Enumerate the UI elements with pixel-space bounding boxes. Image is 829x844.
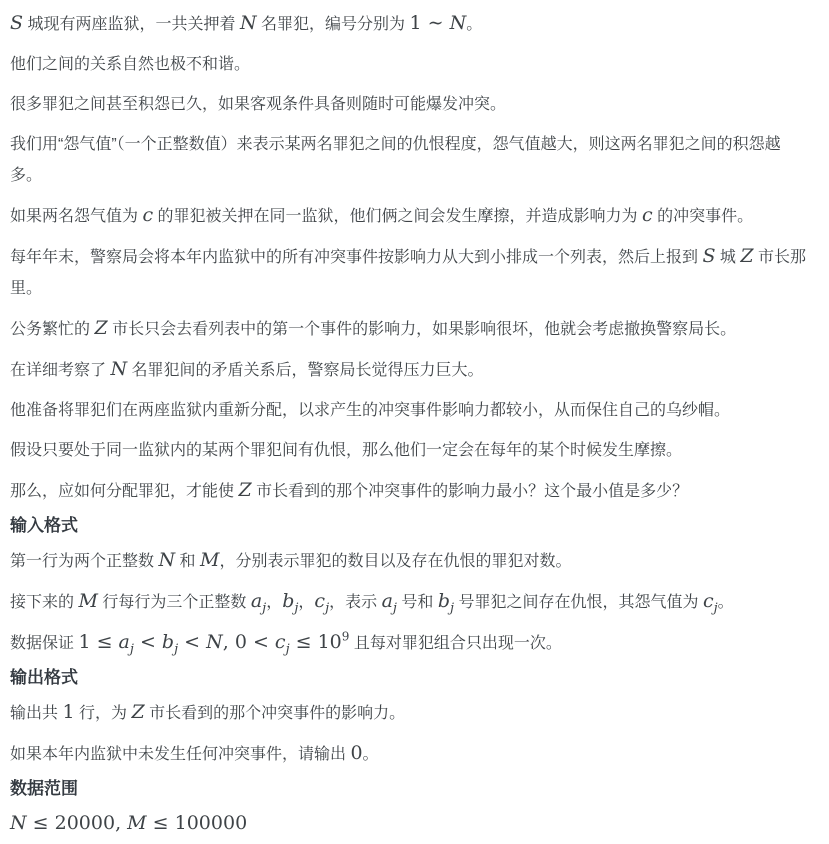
math-expression: N [110, 358, 127, 380]
text-run: 每年年末，警察局会将本年内监狱中的所有冲突事件按影响力从大到小排成一个列表，然后… [10, 249, 702, 266]
text-run: 数据保证 [10, 635, 78, 652]
math-expression: aj [251, 590, 266, 612]
text-run: 他们之间的关系自然也极不和谐。 [10, 56, 250, 73]
math-expression: bj [438, 590, 454, 612]
text-line: 很多罪犯之间甚至积怨已久，如果客观条件具备则随时可能爆发冲突。 [10, 89, 823, 120]
math-expression: N [158, 549, 175, 571]
para-grudge-value: 我们用“怨气值”（一个正整数值）来表示某两名罪犯之间的仇恨程度，怨气值越大，则这… [10, 129, 823, 191]
text-line: 如果两名怨气值为 c 的罪犯被关押在同一监狱，他们俩之间会发生摩擦，并造成影响力… [10, 200, 823, 232]
text-line: 每年年末，警察局会将本年内监狱中的所有冲突事件按影响力从大到小排成一个列表，然后… [10, 241, 823, 273]
heading-output-format: 输出格式 [10, 668, 823, 688]
text-run: 。 [363, 746, 379, 763]
math-variable: N [206, 631, 223, 653]
math-variable: M [200, 549, 219, 571]
math-expression: Z [94, 317, 107, 339]
math-expression: M [200, 549, 219, 571]
para-relations: 他们之间的关系自然也极不和谐。 [10, 49, 823, 80]
math-variable: c [642, 204, 653, 226]
para-intro-prisons: S 城现有两座监狱，一共关押着 N 名罪犯，编号分别为 1 ∼ N。 [10, 8, 823, 40]
math-expression: N [240, 12, 257, 34]
text-run: 输出共 [10, 705, 62, 722]
math-expression: cj [703, 590, 718, 612]
math-number: 1 ∼ [409, 12, 449, 34]
text-run: 和 [175, 553, 200, 570]
text-run: 他准备将罪犯们在两座监狱内重新分配，以求产生的冲突事件影响力都较小，从而保住自己… [10, 402, 730, 419]
text-line: 我们用“怨气值”（一个正整数值）来表示某两名罪犯之间的仇恨程度，怨气值越大，则这… [10, 129, 823, 160]
text-run: 号罪犯之间存在仇恨，其怨气值为 [454, 594, 703, 611]
text-run: 市长那 [754, 249, 806, 266]
math-expression: N ≤ 20000, M ≤ 100000 [10, 812, 247, 834]
math-variable: c [142, 204, 153, 226]
heading-input-format: 输入格式 [10, 516, 823, 536]
text-run: 城 [715, 249, 740, 266]
text-run: 公务繁忙的 [10, 321, 94, 338]
para-constraints: 数据保证 1 ≤ aj < bj < N, 0 < cj ≤ 109 且每对罪犯… [10, 627, 823, 659]
text-line: 他们之间的关系自然也极不和谐。 [10, 49, 823, 80]
math-variable: c [275, 631, 286, 653]
math-expression: S [702, 245, 715, 267]
para-redistribute: 他准备将罪犯们在两座监狱内重新分配，以求产生的冲突事件影响力都较小，从而保住自己… [10, 395, 823, 426]
math-variable: N [450, 12, 467, 34]
text-run: 。 [718, 594, 734, 611]
text-line: 里。 [10, 273, 823, 304]
para-busy-mayor: 公务繁忙的 Z 市长只会去看列表中的第一个事件的影响力，如果影响很坏，他就会考虑… [10, 313, 823, 345]
para-chief-pressure: 在详细考察了 N 名罪犯间的矛盾关系后，警察局长觉得压力巨大。 [10, 354, 823, 386]
text-line: 如果本年内监狱中未发生任何冲突事件，请输出 0。 [10, 738, 823, 770]
math-number: , 0 < [223, 631, 275, 653]
math-variable: a [119, 631, 130, 653]
text-run: 且每对罪犯组合只出现一次。 [349, 635, 561, 652]
math-number: 1 [62, 701, 74, 723]
math-number: ≤ 10 [290, 631, 342, 653]
text-run: 。 [466, 16, 482, 33]
text-line: 数据保证 1 ≤ aj < bj < N, 0 < cj ≤ 109 且每对罪犯… [10, 627, 823, 659]
math-variable: c [703, 590, 714, 612]
math-variable: a [251, 590, 262, 612]
math-expression: Z [740, 245, 753, 267]
text-run: 很多罪犯之间甚至积怨已久，如果客观条件具备则随时可能爆发冲突。 [10, 96, 506, 113]
math-expression: Z [238, 479, 251, 501]
para-input-m-lines: 接下来的 M 行每行为三个正整数 aj，bj，cj，表示 aj 号和 bj 号罪… [10, 586, 823, 618]
math-expression: M [78, 590, 97, 612]
text-run: 在详细考察了 [10, 362, 110, 379]
math-number: 0 [350, 742, 362, 764]
math-variable: N [110, 358, 127, 380]
text-run: 我们用“怨气值”（一个正整数值）来表示某两名罪犯之间的仇恨程度，怨气值越大，则这… [10, 136, 781, 153]
text-run: 的冲突事件。 [653, 208, 753, 225]
math-expression: Z [131, 701, 144, 723]
para-output-zero: 如果本年内监狱中未发生任何冲突事件，请输出 0。 [10, 738, 823, 770]
text-line: 在详细考察了 N 名罪犯间的矛盾关系后，警察局长觉得压力巨大。 [10, 354, 823, 386]
text-run: ， [266, 594, 282, 611]
text-run: 的罪犯被关押在同一监狱，他们俩之间会发生摩擦，并造成影响力为 [153, 208, 642, 225]
para-friction-event: 如果两名怨气值为 c 的罪犯被关押在同一监狱，他们俩之间会发生摩擦，并造成影响力… [10, 200, 823, 232]
text-line: 第一行为两个正整数 N 和 M，分别表示罪犯的数目以及存在仇恨的罪犯对数。 [10, 545, 823, 577]
text-run: ，表示 [329, 594, 381, 611]
math-expression: aj [382, 590, 397, 612]
para-input-first-line: 第一行为两个正整数 N 和 M，分别表示罪犯的数目以及存在仇恨的罪犯对数。 [10, 545, 823, 577]
math-variable: S [10, 12, 23, 34]
text-run: 城现有两座监狱，一共关押着 [23, 16, 240, 33]
math-expression: 1 [62, 701, 74, 723]
text-line: 输出共 1 行，为 Z 市长看到的那个冲突事件的影响力。 [10, 697, 823, 729]
math-variable: S [702, 245, 715, 267]
math-variable: M [127, 812, 146, 834]
math-expression: cj [314, 590, 329, 612]
text-run: ，分别表示罪犯的数目以及存在仇恨的罪犯对数。 [219, 553, 571, 570]
text-run: 多。 [10, 167, 42, 184]
text-run: 市长只会去看列表中的第一个事件的影响力，如果影响很坏，他就会考虑撤换警察局长。 [108, 321, 736, 338]
math-variable: b [282, 590, 294, 612]
text-run: 行每行为三个正整数 [98, 594, 251, 611]
math-variable: b [162, 631, 174, 653]
text-line: S 城现有两座监狱，一共关押着 N 名罪犯，编号分别为 1 ∼ N。 [10, 8, 823, 40]
math-number: ≤ 100000 [147, 812, 248, 834]
math-variable: Z [131, 701, 144, 723]
math-number: ≤ 20000, [27, 812, 128, 834]
text-line: 那么，应如何分配罪犯，才能使 Z 市长看到的那个冲突事件的影响力最小？这个最小值… [10, 475, 823, 507]
para-question: 那么，应如何分配罪犯，才能使 Z 市长看到的那个冲突事件的影响力最小？这个最小值… [10, 475, 823, 507]
math-number: < [178, 631, 206, 653]
math-variable: M [78, 590, 97, 612]
para-data-range: N ≤ 20000, M ≤ 100000 [10, 808, 823, 840]
text-run: 名罪犯，编号分别为 [257, 16, 410, 33]
math-variable: b [438, 590, 450, 612]
text-run: 假设只要处于同一监狱内的某两个罪犯间有仇恨，那么他们一定会在每年的某个时候发生摩… [10, 442, 682, 459]
text-run: 号和 [397, 594, 438, 611]
text-line: 接下来的 M 行每行为三个正整数 aj，bj，cj，表示 aj 号和 bj 号罪… [10, 586, 823, 618]
math-variable: Z [238, 479, 251, 501]
math-expression: c [142, 204, 153, 226]
math-variable: Z [740, 245, 753, 267]
math-expression: c [642, 204, 653, 226]
math-expression: S [10, 12, 23, 34]
math-variable: c [314, 590, 325, 612]
text-line: 假设只要处于同一监狱内的某两个罪犯间有仇恨，那么他们一定会在每年的某个时候发生摩… [10, 435, 823, 466]
text-line: 他准备将罪犯们在两座监狱内重新分配，以求产生的冲突事件影响力都较小，从而保住自己… [10, 395, 823, 426]
text-run: 如果两名怨气值为 [10, 208, 142, 225]
para-output-line: 输出共 1 行，为 Z 市长看到的那个冲突事件的影响力。 [10, 697, 823, 729]
text-run: ， [298, 594, 314, 611]
math-expression: 0 [350, 742, 362, 764]
para-year-end-report: 每年年末，警察局会将本年内监狱中的所有冲突事件按影响力从大到小排成一个列表，然后… [10, 241, 823, 304]
text-line: 公务繁忙的 Z 市长只会去看列表中的第一个事件的影响力，如果影响很坏，他就会考虑… [10, 313, 823, 345]
math-variable: N [158, 549, 175, 571]
text-run: 那么，应如何分配罪犯，才能使 [10, 483, 238, 500]
text-run: 第一行为两个正整数 [10, 553, 158, 570]
math-variable: N [240, 12, 257, 34]
math-number: < [134, 631, 162, 653]
text-run: 市长看到的那个冲突事件的影响力最小？这个最小值是多少？ [252, 483, 688, 500]
text-line: 多。 [10, 160, 823, 191]
math-expression: bj [282, 590, 298, 612]
math-expression: 1 ∼ N [409, 12, 466, 34]
text-run: 行，为 [75, 705, 132, 722]
para-assumption: 假设只要处于同一监狱内的某两个罪犯间有仇恨，那么他们一定会在每年的某个时候发生摩… [10, 435, 823, 466]
para-old-grudges: 很多罪犯之间甚至积怨已久，如果客观条件具备则随时可能爆发冲突。 [10, 89, 823, 120]
math-number: 1 ≤ [78, 631, 118, 653]
heading-data-range: 数据范围 [10, 779, 823, 799]
math-variable: a [382, 590, 393, 612]
text-run: 接下来的 [10, 594, 78, 611]
math-variable: N [10, 812, 27, 834]
problem-statement: S 城现有两座监狱，一共关押着 N 名罪犯，编号分别为 1 ∼ N。他们之间的关… [0, 0, 829, 840]
text-run: 里。 [10, 280, 42, 297]
text-run: 名罪犯间的矛盾关系后，警察局长觉得压力巨大。 [127, 362, 483, 379]
math-variable: Z [94, 317, 107, 339]
math-expression: 1 ≤ aj < bj < N, 0 < cj ≤ 109 [78, 631, 349, 653]
text-line: N ≤ 20000, M ≤ 100000 [10, 808, 823, 840]
text-run: 如果本年内监狱中未发生任何冲突事件，请输出 [10, 746, 350, 763]
text-run: 市长看到的那个冲突事件的影响力。 [145, 705, 405, 722]
